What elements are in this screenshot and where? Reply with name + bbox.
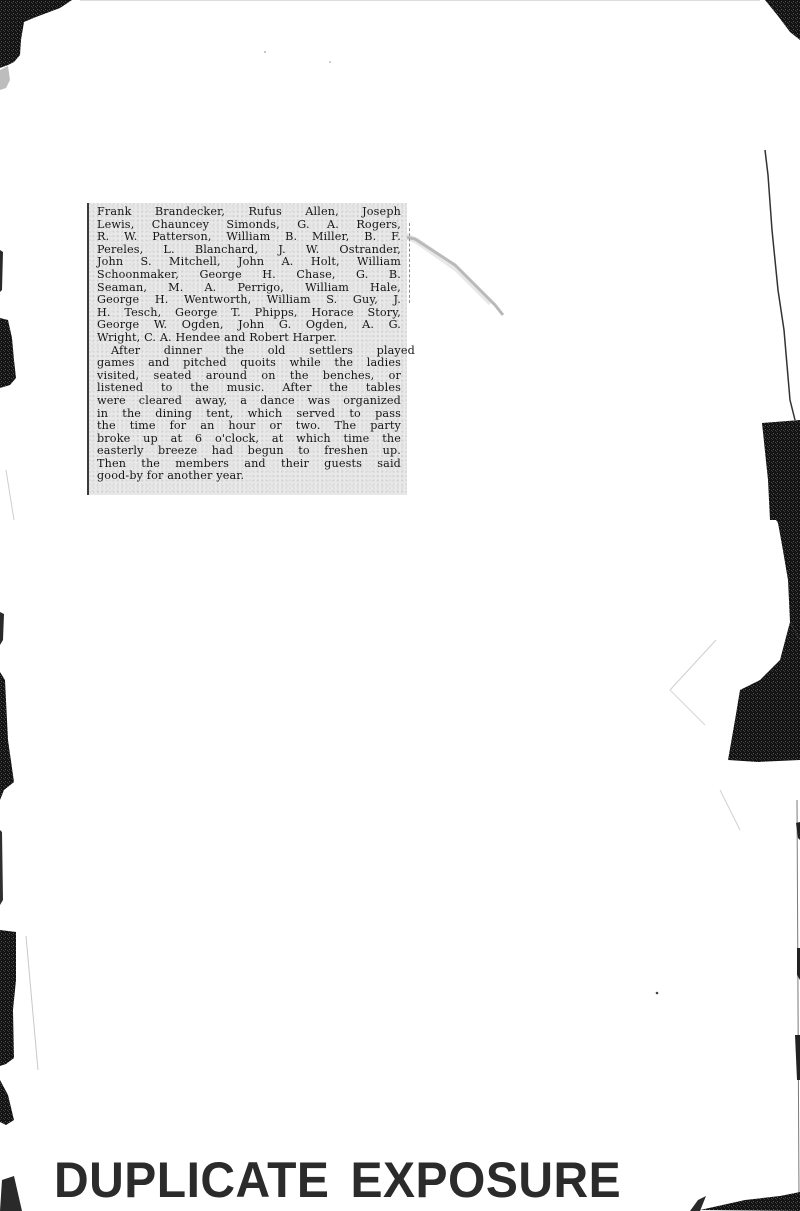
film-edge-artifacts xyxy=(0,0,800,1211)
text-line: Schoonmaker, George H. Chase, G. B. xyxy=(97,269,401,282)
text-line: Frank Brandecker, Rufus Allen, Joseph xyxy=(97,206,401,219)
stamp-word-exposure: EXPOSURE xyxy=(351,1152,622,1208)
text-line: games and pitched quoits while the ladie… xyxy=(97,357,401,370)
text-line: the time for an hour or two. The party xyxy=(97,420,401,433)
text-line: R. W. Patterson, William B. Miller, B. F… xyxy=(97,231,401,244)
text-line: good-by for another year. xyxy=(97,470,401,483)
text-line: were cleared away, a dance was organized xyxy=(97,395,401,408)
clipping-text: Frank Brandecker, Rufus Allen, Joseph Le… xyxy=(97,206,401,483)
newspaper-clipping: Frank Brandecker, Rufus Allen, Joseph Le… xyxy=(89,203,407,495)
text-line: George H. Wentworth, William S. Guy, J. xyxy=(97,294,401,307)
scan-streak xyxy=(395,225,515,325)
text-line: easterly breeze had begun to freshen up. xyxy=(97,445,401,458)
stamp-word-duplicate: DUPLICATE xyxy=(54,1152,329,1208)
text-line: Wright, C. A. Hendee and Robert Harper. xyxy=(97,332,401,345)
duplicate-exposure-stamp: DUPLICATEEXPOSURE xyxy=(54,1152,659,1208)
scanned-page: Frank Brandecker, Rufus Allen, Joseph Le… xyxy=(0,0,800,1211)
